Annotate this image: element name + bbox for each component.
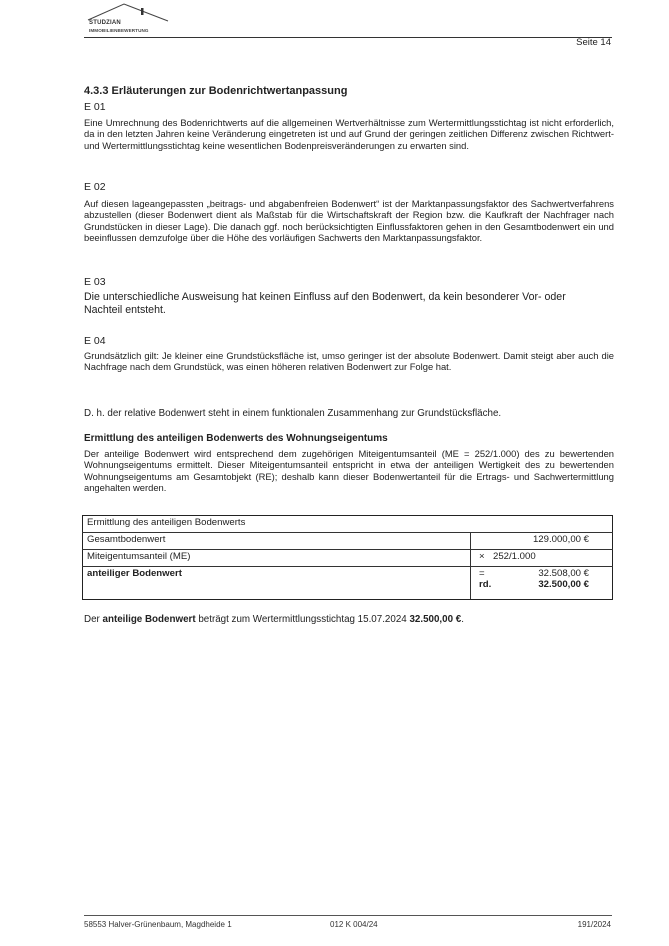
row-label: Miteigentumsanteil (ME): [83, 550, 471, 567]
share-heading: Ermittlung des anteiligen Bodenwerts des…: [84, 433, 388, 444]
item-note-e04: D. h. der relative Bodenwert steht in ei…: [84, 408, 614, 419]
item-label-e01: E 01: [84, 101, 106, 113]
item-text-e02: Auf diesen lageangepassten „beitrags- un…: [84, 198, 614, 244]
item-label-e02: E 02: [84, 181, 106, 193]
row-label: Gesamtbodenwert: [83, 533, 471, 550]
item-label-e04: E 04: [84, 335, 106, 347]
table-caption: Ermittlung des anteiligen Bodenwerts: [83, 516, 613, 533]
conclusion-sentence: Der anteilige Bodenwert beträgt zum Wert…: [84, 614, 464, 625]
logo-subtitle: IMMOBILIENBEWERTUNG: [89, 28, 149, 33]
footer-divider: [84, 915, 612, 916]
item-text-e01: Eine Umrechnung des Bodenrichtwerts auf …: [84, 117, 614, 151]
house-roof-icon: [86, 2, 176, 22]
land-value-table: Ermittlung des anteiligen Bodenwerts Ges…: [82, 515, 613, 600]
footer-address: 58553 Halver-Grünenbaum, Magdheide 1: [84, 920, 232, 929]
row-value: =32.508,00 € rd.32.500,00 €: [471, 567, 613, 600]
table-row: Miteigentumsanteil (ME) ×252/1.000: [83, 550, 613, 567]
header-divider: [84, 37, 612, 38]
footer-report-number: 191/2024: [578, 920, 611, 929]
table-row: anteiliger Bodenwert =32.508,00 € rd.32.…: [83, 567, 613, 600]
logo-name: STUDZIAN: [89, 20, 121, 26]
row-value: 129.000,00 €: [471, 533, 613, 550]
table-row: Gesamtbodenwert 129.000,00 €: [83, 533, 613, 550]
row-label: anteiliger Bodenwert: [83, 567, 471, 600]
row-value: ×252/1.000: [471, 550, 613, 567]
item-text-e03: Die unterschiedliche Ausweisung hat kein…: [84, 291, 604, 317]
item-text-e04: Grundsätzlich gilt: Je kleiner eine Grun…: [84, 350, 614, 373]
company-logo: STUDZIAN IMMOBILIENBEWERTUNG: [86, 2, 176, 38]
footer-file-number: 012 K 004/24: [330, 920, 378, 929]
page-number: Seite 14: [576, 37, 611, 48]
share-text: Der anteilige Bodenwert wird entsprechen…: [84, 448, 614, 494]
item-label-e03: E 03: [84, 276, 106, 288]
section-title: 4.3.3 Erläuterungen zur Bodenrichtwertan…: [84, 85, 347, 97]
